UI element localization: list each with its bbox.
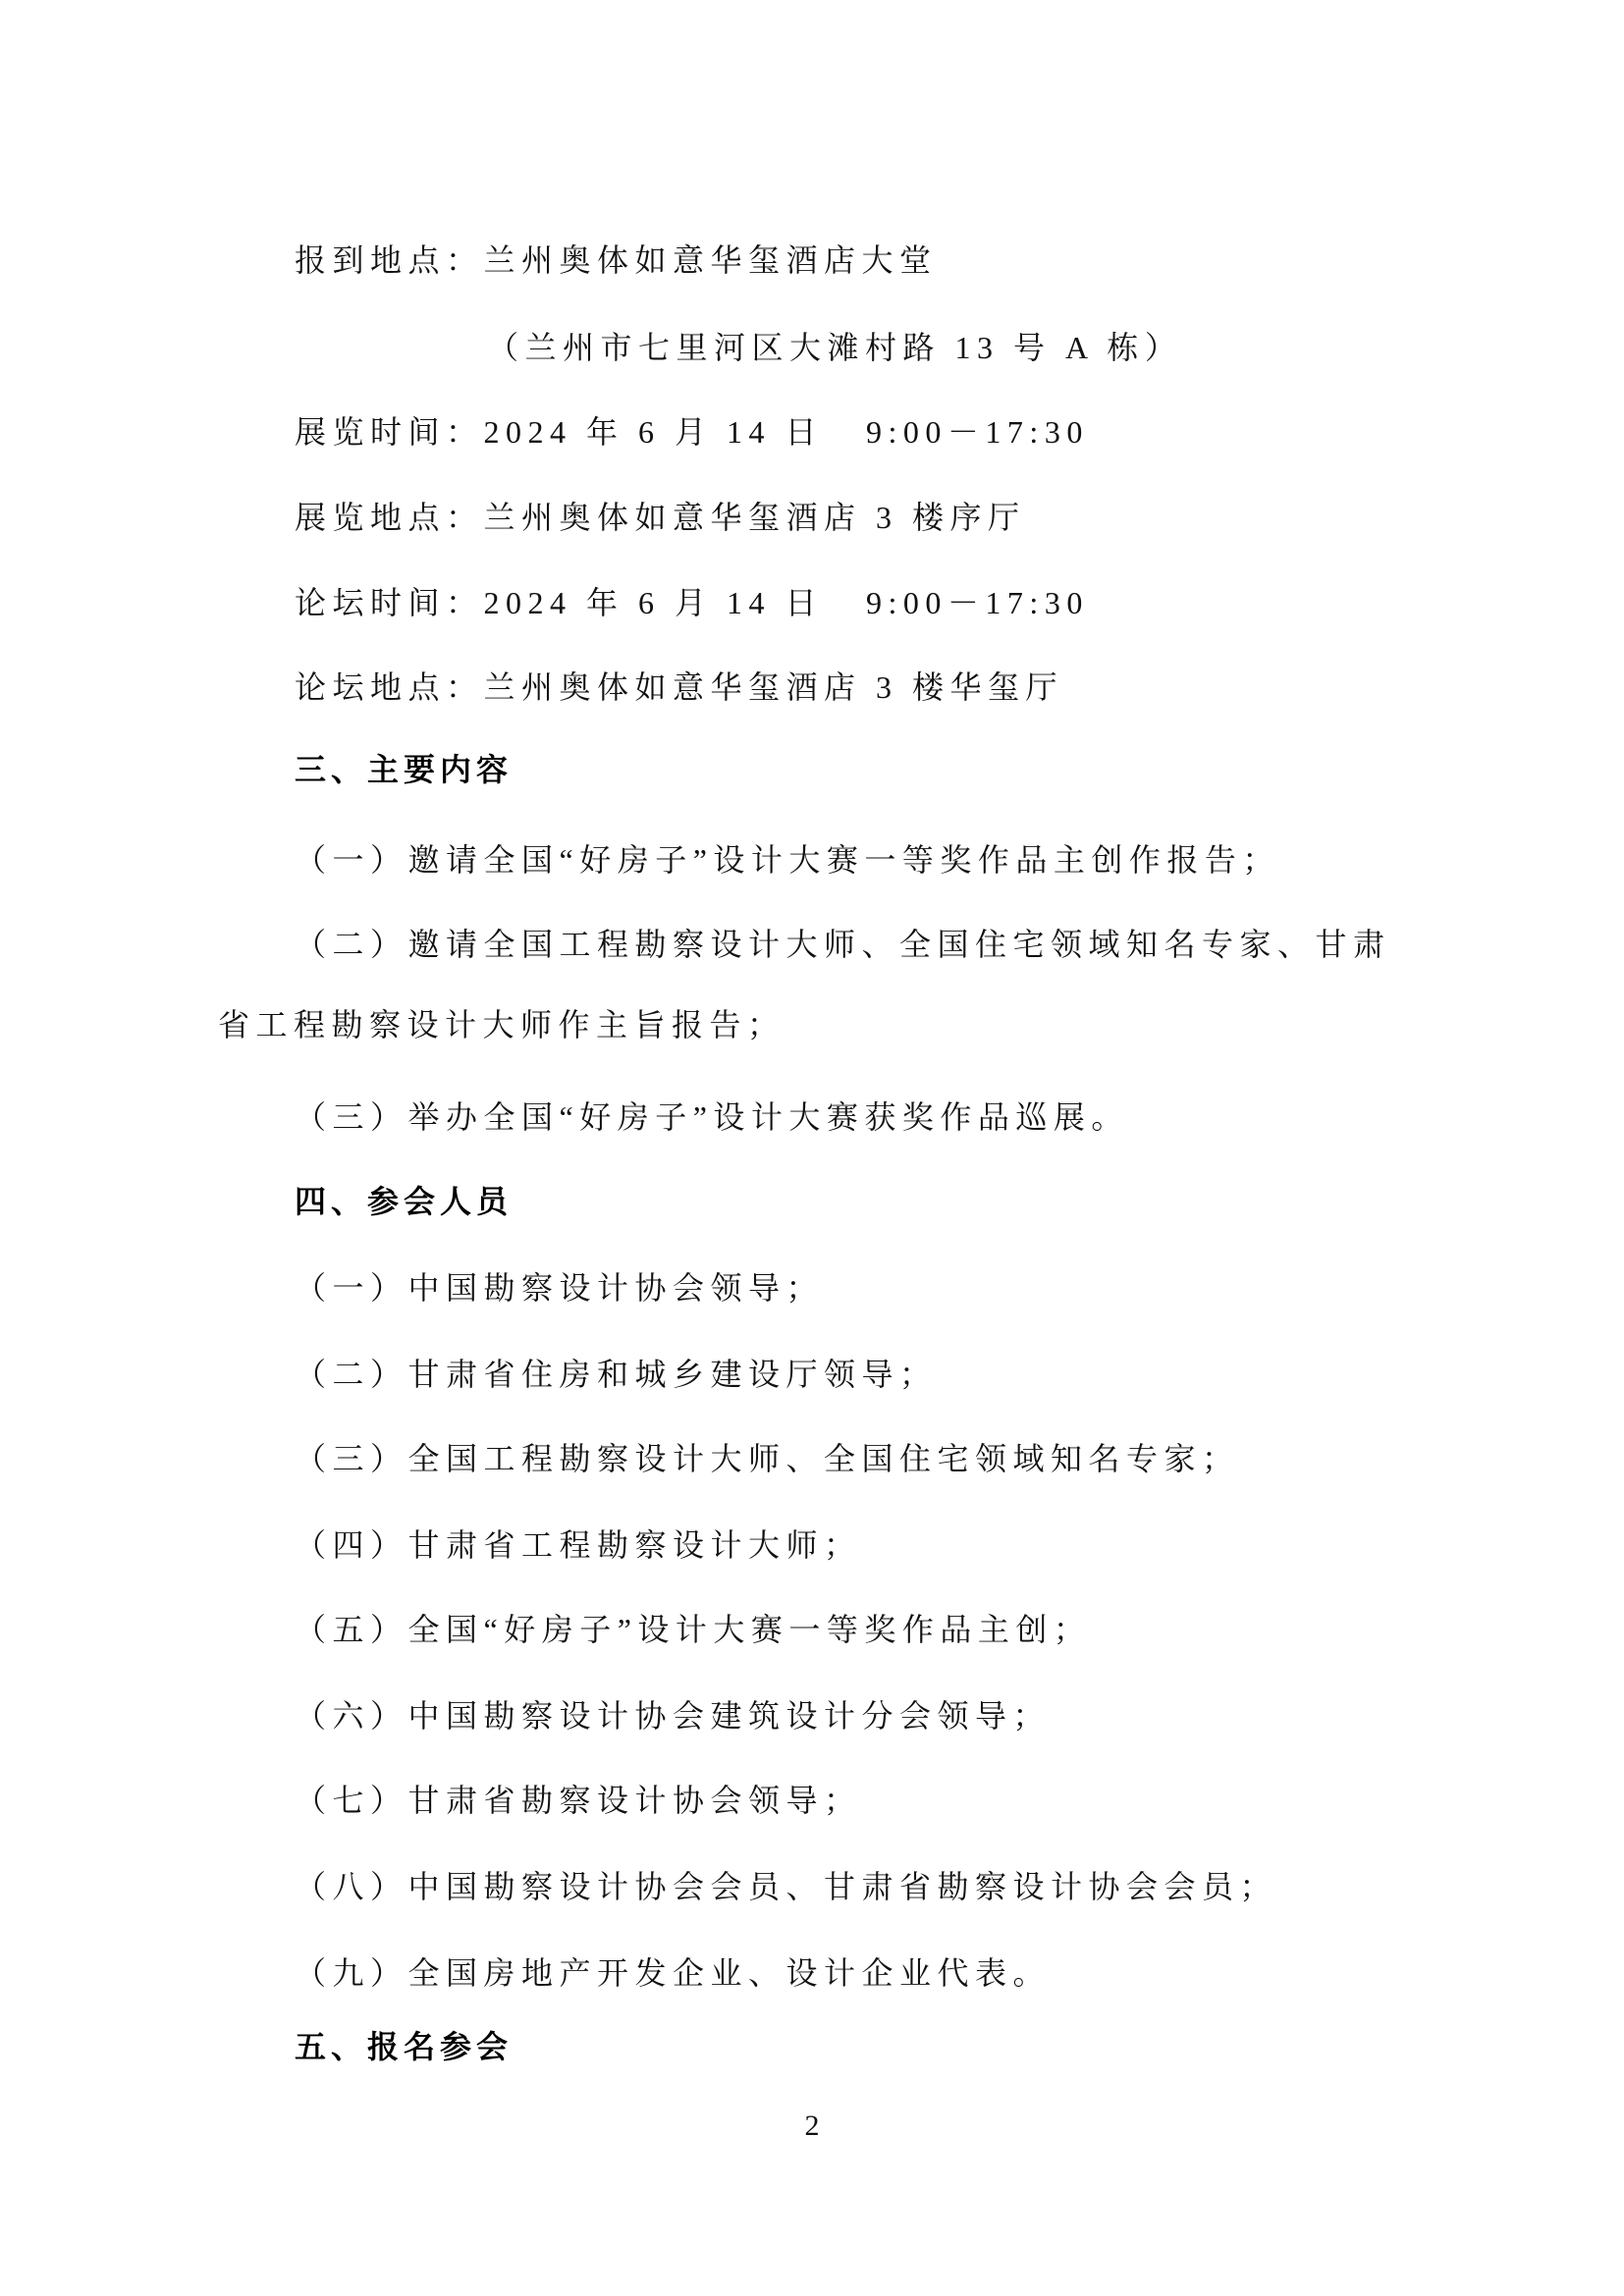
list-item: （四）甘肃省工程勘察设计大师； [295,1525,862,1565]
list-item: （九）全国房地产开发企业、设计企业代表。 [295,1953,1051,1993]
section-heading-registration: 五、报名参会 [295,2027,513,2066]
registration-address: （兰州市七里河区大滩村路 13 号 A 栋） [487,330,1182,365]
list-item-continuation: 省工程勘察设计大师作主旨报告； [218,1005,785,1044]
section-heading-attendees: 四、参会人员 [295,1182,513,1221]
forum-location-value: 兰州奥体如意华玺酒店 3 楼华玺厅 [484,669,1064,705]
list-item: （一）中国勘察设计协会领导； [295,1268,824,1308]
forum-location-line: 论坛地点：兰州奥体如意华玺酒店 3 楼华玺厅 [295,667,1063,707]
registration-location-line: 报到地点：兰州奥体如意华玺酒店大堂 [295,240,938,280]
registration-location-label: 报到地点： [295,242,484,278]
exhibition-time-range: 9:00－17:30 [866,414,1089,450]
list-item: （三）举办全国“好房子”设计大赛获奖作品巡展。 [295,1097,1129,1137]
forum-time-date: 2024 年 6 月 14 日 [484,585,824,620]
document-page: 报到地点：兰州奥体如意华玺酒店大堂 （兰州市七里河区大滩村路 13 号 A 栋）… [0,0,1624,2296]
forum-location-label: 论坛地点： [295,669,484,705]
exhibition-time-date: 2024 年 6 月 14 日 [484,414,824,450]
forum-time-line: 论坛时间：2024 年 6 月 14 日9:00－17:30 [295,583,1089,622]
list-item: （二）甘肃省住房和城乡建设厅领导； [295,1355,938,1394]
list-item: （二）邀请全国工程勘察设计大师、全国住宅领域知名专家、甘肃 [295,925,1391,964]
exhibition-location-line: 展览地点：兰州奥体如意华玺酒店 3 楼序厅 [295,498,1026,537]
section-heading-main-content: 三、主要内容 [295,750,513,789]
list-item: （一）邀请全国“好房子”设计大赛一等奖作品主创作报告； [295,840,1280,880]
registration-location-value: 兰州奥体如意华玺酒店大堂 [484,242,938,278]
list-item: （七）甘肃省勘察设计协会领导； [295,1781,862,1820]
forum-time-label: 论坛时间： [295,585,484,620]
list-item: （八）中国勘察设计协会会员、甘肃省勘察设计协会会员； [295,1867,1277,1906]
exhibition-location-label: 展览地点： [295,500,484,535]
exhibition-time-line: 展览时间：2024 年 6 月 14 日9:00－17:30 [295,412,1089,452]
exhibition-location-value: 兰州奥体如意华玺酒店 3 楼序厅 [484,500,1026,535]
exhibition-time-label: 展览时间： [295,414,484,450]
list-item: （三）全国工程勘察设计大师、全国住宅领域知名专家； [295,1439,1240,1478]
page-number: 2 [797,2109,827,2144]
registration-address-line: （兰州市七里河区大滩村路 13 号 A 栋） [487,328,1182,367]
list-item: （六）中国勘察设计协会建筑设计分会领导； [295,1696,1051,1735]
list-item: （五）全国“好房子”设计大赛一等奖作品主创； [295,1610,1091,1649]
forum-time-range: 9:00－17:30 [866,585,1089,620]
